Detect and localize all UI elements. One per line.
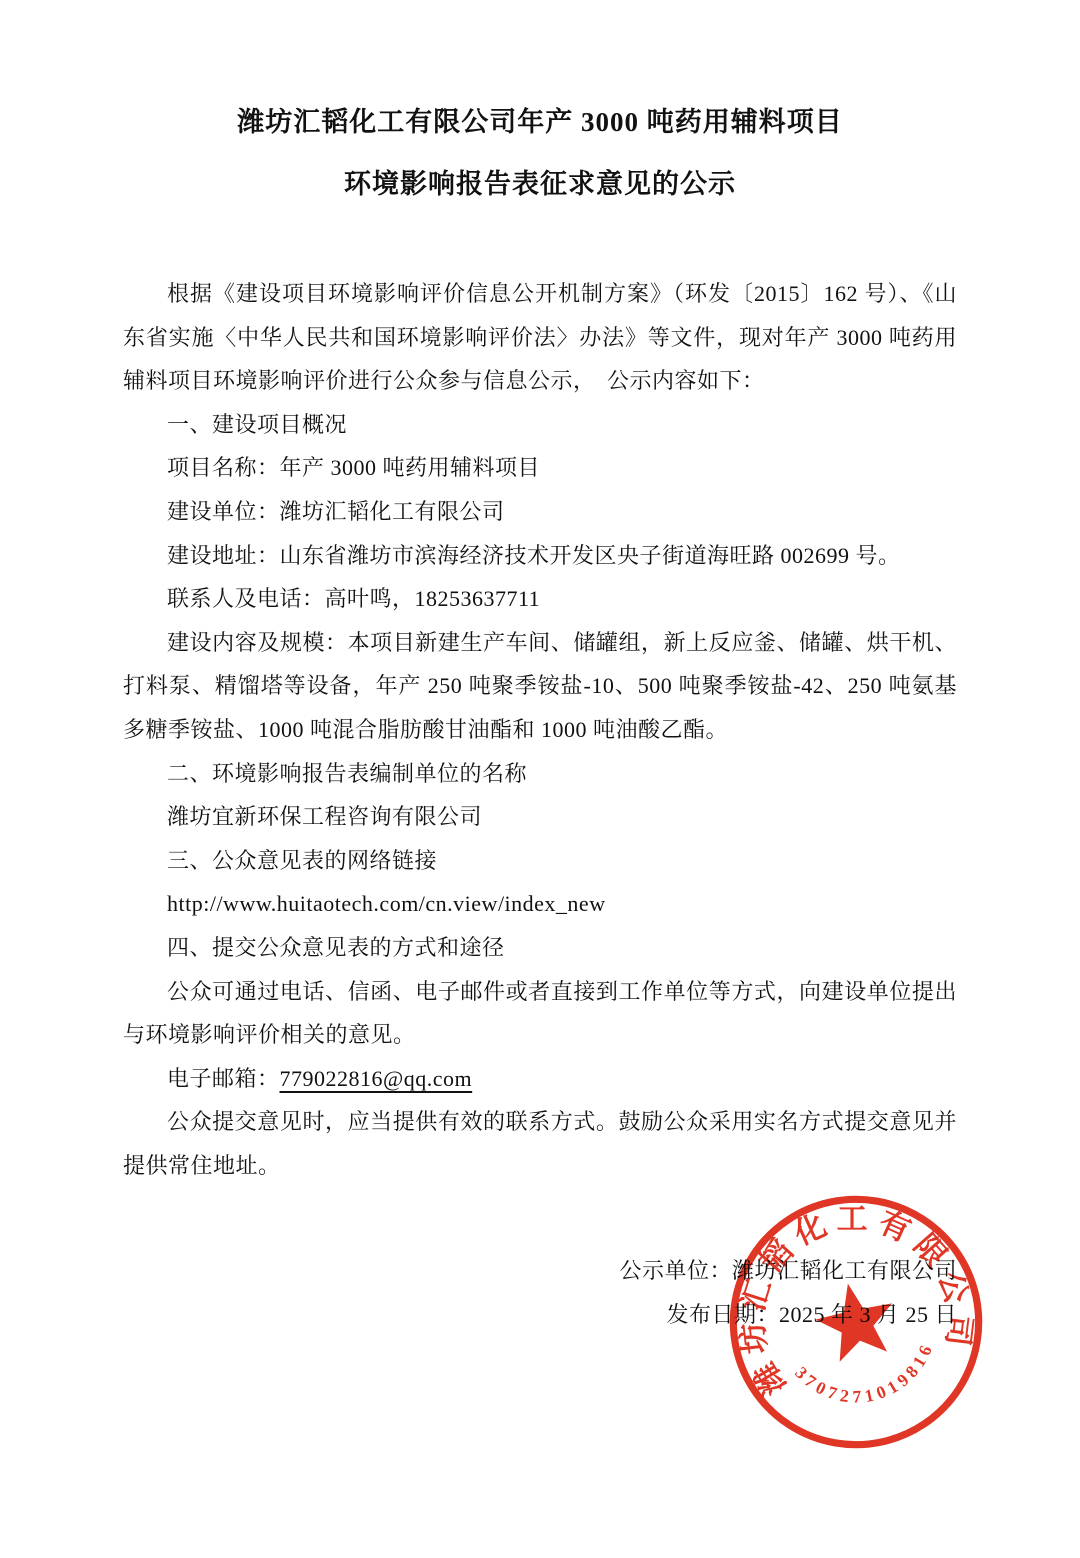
paragraph: 公众提交意见时，应当提供有效的联系方式。鼓励公众采用实名方式提交意见并提供常住地… (123, 1100, 957, 1187)
paragraph: http://www.huitaotech.com/cn.view/index_… (123, 882, 957, 926)
publish-date-line: 发布日期：2025 年 3 月 25 日 (123, 1293, 957, 1337)
paragraph: 潍坊宜新环保工程咨询有限公司 (123, 795, 957, 839)
paragraph: 电子邮箱：779022816@qq.com (123, 1057, 957, 1101)
publisher-line: 公示单位：潍坊汇韬化工有限公司 (123, 1249, 957, 1293)
paragraph: 三、公众意见表的网络链接 (123, 839, 957, 883)
email-link[interactable]: 779022816@qq.com (280, 1066, 473, 1091)
paragraph: 公众可通过电话、信函、电子邮件或者直接到工作单位等方式，向建设单位提出与环境影响… (123, 970, 957, 1057)
document-body: 根据《建设项目环境影响评价信息公开机制方案》（环发〔2015〕162 号）、《山… (123, 272, 957, 1187)
public-comment-url-link[interactable]: http://www.huitaotech.com/cn.view/index_… (167, 891, 606, 916)
paragraph: 二、环境影响报告表编制单位的名称 (123, 752, 957, 796)
title-line-2: 环境影响报告表征求意见的公示 (0, 168, 1080, 200)
paragraph: 项目名称：年产 3000 吨药用辅料项目 (123, 446, 957, 490)
document-footer: 公示单位：潍坊汇韬化工有限公司 发布日期：2025 年 3 月 25 日 (123, 1249, 957, 1337)
paragraph: 建设单位：潍坊汇韬化工有限公司 (123, 490, 957, 534)
paragraph: 一、建设项目概况 (123, 403, 957, 447)
notice-document-page: 潍坊汇韬化工有限公司年产 3000 吨药用辅料项目 环境影响报告表征求意见的公示… (0, 0, 1080, 1558)
document-title: 潍坊汇韬化工有限公司年产 3000 吨药用辅料项目 环境影响报告表征求意见的公示 (0, 0, 1080, 200)
paragraph: 联系人及电话：高叶鸣，18253637711 (123, 577, 957, 621)
paragraph: 建设地址：山东省潍坊市滨海经济技术开发区央子街道海旺路 002699 号。 (123, 534, 957, 578)
paragraph: 四、提交公众意见表的方式和途径 (123, 926, 957, 970)
seal-number-text: 3707271019816 (789, 1335, 947, 1420)
title-line-1: 潍坊汇韬化工有限公司年产 3000 吨药用辅料项目 (0, 106, 1080, 138)
paragraph: 根据《建设项目环境影响评价信息公开机制方案》（环发〔2015〕162 号）、《山… (123, 272, 957, 403)
paragraph: 建设内容及规模：本项目新建生产车间、储罐组，新上反应釜、储罐、烘干机、打料泵、精… (123, 621, 957, 752)
email-label: 电子邮箱： (167, 1066, 280, 1091)
